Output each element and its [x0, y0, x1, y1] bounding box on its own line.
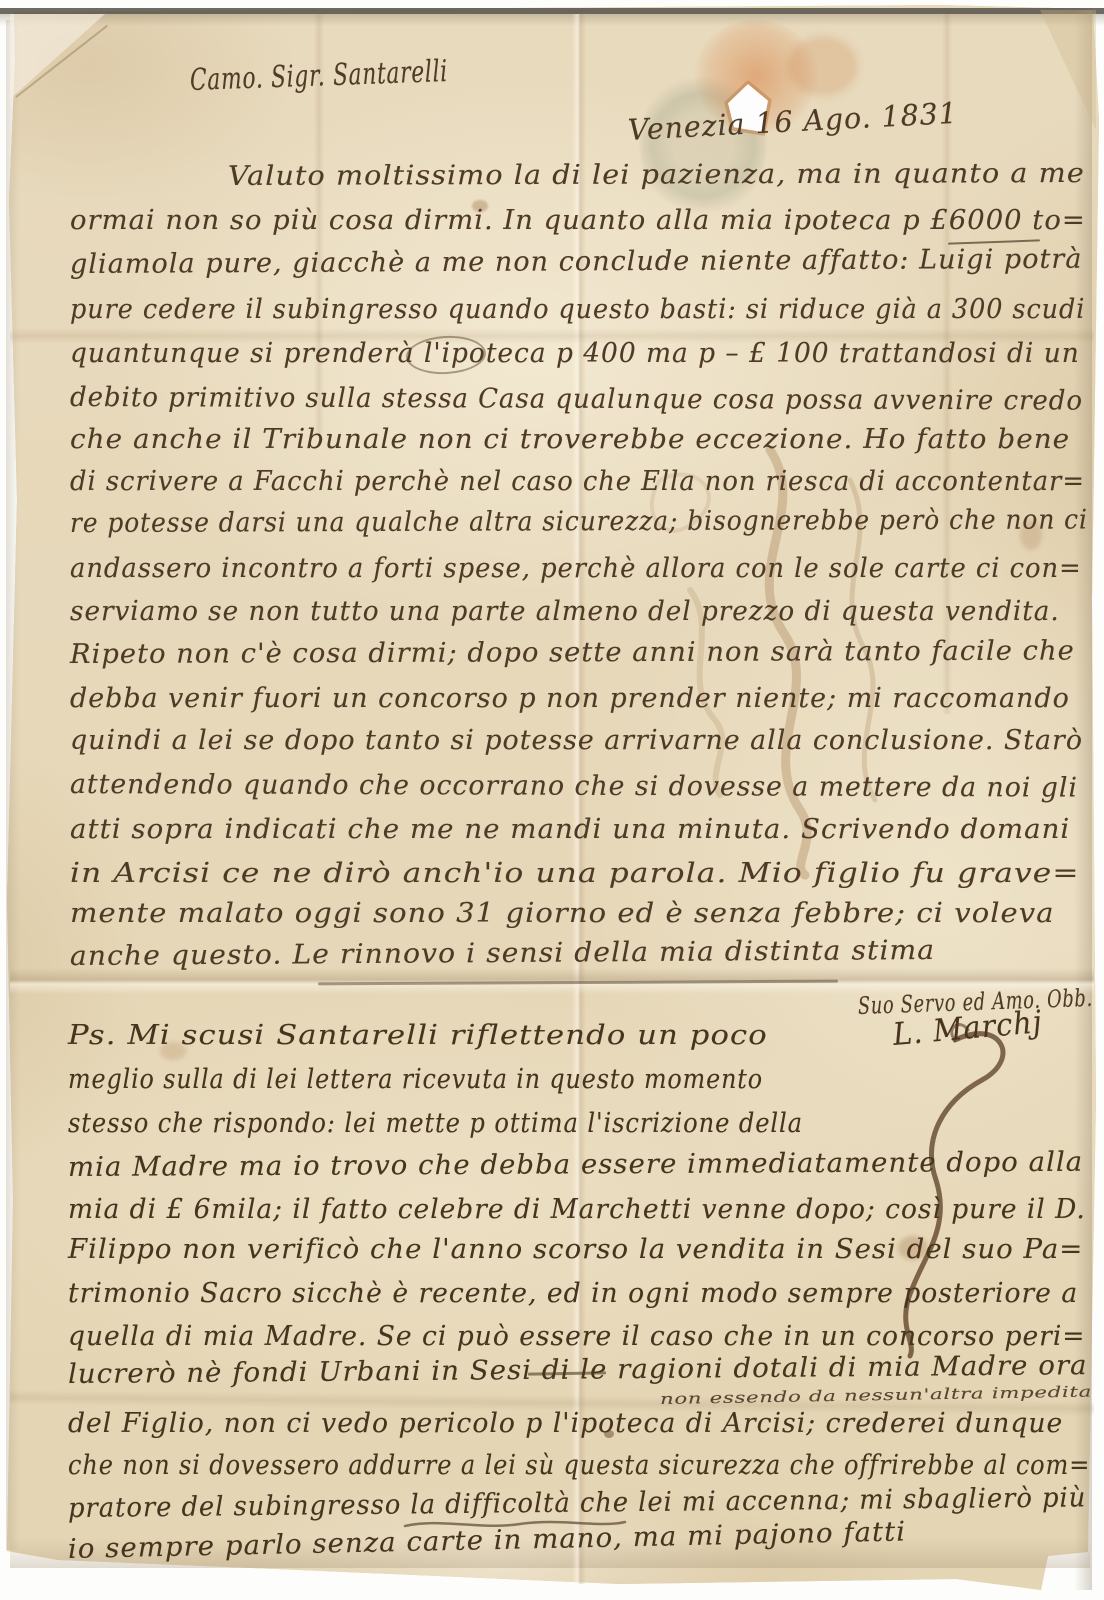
postscript-line: quella di mia Madre. Se ci può essere il… — [68, 1323, 1086, 1350]
postscript-line: mia di £ 6mila; il fatto celebre di Marc… — [68, 1196, 1086, 1223]
postscript-line: Filippo non verificò che l'anno scorso l… — [68, 1236, 1083, 1263]
postscript-line: meglio sulla di lei lettera ricevuta in … — [68, 1066, 763, 1093]
body-line: attendendo quando che occorrano che si d… — [70, 771, 1078, 802]
postscript-line: stesso che rispondo: lei mette p ottima … — [68, 1110, 803, 1137]
body-line: Valuto moltissimo la di lei pazienza, ma… — [228, 160, 1085, 190]
paper-edge-shadow-left — [6, 20, 20, 1550]
body-line: che anche il Tribunale non ci troverebbe… — [70, 426, 1070, 453]
body-line: di scrivere a Facchi perchè nel caso che… — [70, 468, 1085, 495]
postscript-line: del Figlio, non ci vedo pericolo p l'ipo… — [68, 1410, 1063, 1437]
body-line: debito primitivo sulla stessa Casa qualu… — [70, 384, 1083, 415]
letter-heading: Camo. Sigr. Santarelli — [189, 57, 448, 96]
body-line: serviamo se non tutto una parte almeno d… — [70, 598, 1060, 625]
body-line: andassero incontro a forti spese, perchè… — [70, 555, 1082, 582]
postmark-smudge — [788, 36, 858, 96]
body-line: in Arcisi ce ne dirò anch'io una parola.… — [70, 860, 1080, 887]
body-line: mente malato oggi sono 31 giorno ed è se… — [70, 900, 1055, 927]
body-line: gliamola pure, giacchè a me non conclude… — [70, 246, 1083, 278]
postscript-line: Ps. Mi scusi Santarelli riflettendo un p… — [68, 1022, 768, 1049]
body-line: quindi a lei se dopo tanto si potesse ar… — [70, 727, 1083, 754]
postscript-line: che non si dovessero addurre a lei sù qu… — [68, 1452, 1090, 1479]
body-line: anche questo. Le rinnovo i sensi della m… — [70, 937, 935, 970]
body-line: debba venir fuori un concorso p non pren… — [70, 685, 1070, 712]
body-line: quantunque si prenderà l'ipoteca p 400 m… — [70, 340, 1080, 367]
scan-edge-shadow — [0, 14, 1104, 26]
postscript-line: mia Madre ma io trovo che debba essere i… — [68, 1149, 1083, 1181]
body-line: ormai non so più cosa dirmi. In quanto a… — [70, 207, 1086, 234]
letter-scan: Camo. Sigr. Santarelli Venezia 16 Ago. 1… — [0, 0, 1104, 1600]
body-line: atti sopra indicati che me ne mandi una … — [70, 816, 1070, 843]
body-line: re potesse darsi una qualche altra sicur… — [70, 506, 1088, 537]
postscript-line: trimonio Sacro sicchè è recente, ed in o… — [68, 1280, 1078, 1307]
body-line: Ripeto non c'è cosa dirmi; dopo sette an… — [70, 637, 1075, 668]
body-line: pure cedere il subingresso quando questo… — [70, 296, 1085, 323]
